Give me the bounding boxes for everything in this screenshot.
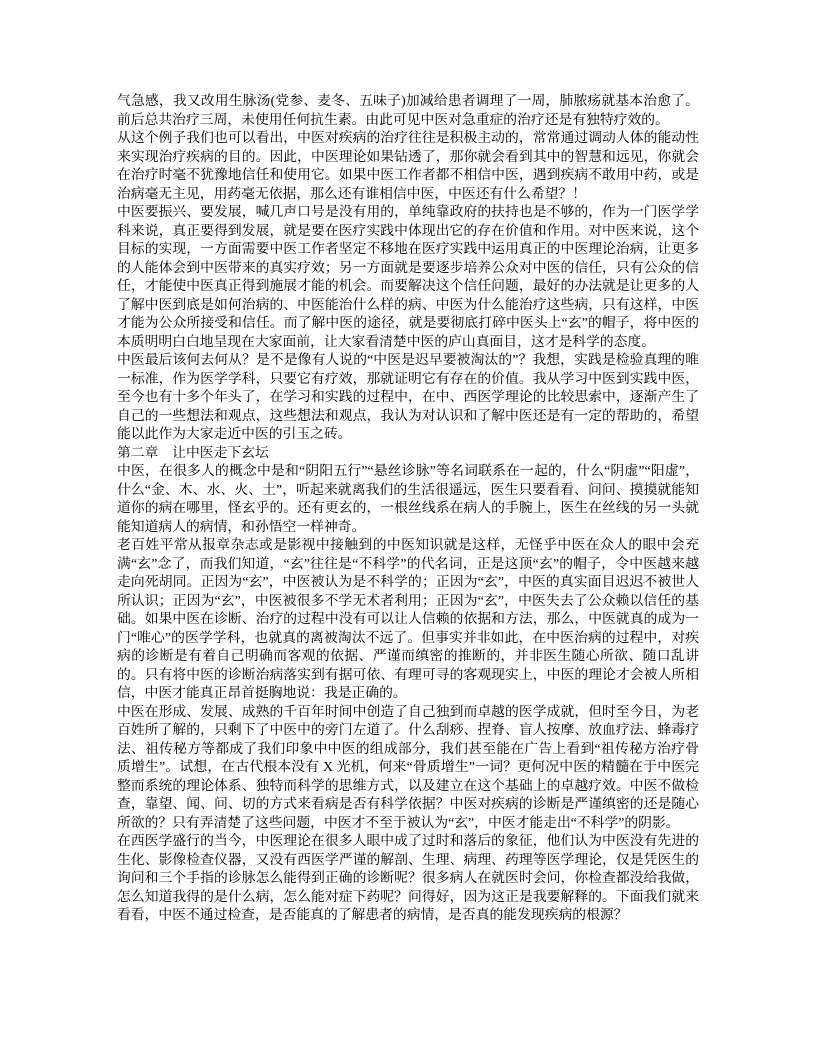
paragraph: 在西医学盛行的当今，中医理论在很多人眼中成了过时和落后的象征，他们认为中医没有先…: [117, 832, 699, 925]
paragraph: 气急感，我又改用生脉汤(党参、麦冬、五味子)加减给患者调理了一周，肺脓疡就基本治…: [117, 92, 699, 129]
paragraph: 中医要振兴、要发展，喊几声口号是没有用的，单纯靠政府的扶持也是不够的，作为一门医…: [117, 203, 699, 351]
chapter-heading: 第二章 让中医走下玄坛: [117, 444, 699, 463]
paragraph: 从这个例子我们也可以看出，中医对疾病的治疗往往是积极主动的，常常通过调动人体的能…: [117, 129, 699, 203]
document-page: 气急感，我又改用生脉汤(党参、麦冬、五味子)加减给患者调理了一周，肺脓疡就基本治…: [0, 0, 816, 1056]
paragraph: 老百姓平常从报章杂志或是影视中接触到的中医知识就是这样，无怪乎中医在众人的眼中会…: [117, 536, 699, 703]
paragraph: 中医，在很多人的概念中是和“阴阳五行”“悬丝诊脉”等名词联系在一起的，什么“阴虚…: [117, 462, 699, 536]
paragraph: 中医最后该何去何从？是不是像有人说的“中医是迟早要被淘汰的”？我想，实践是检验真…: [117, 351, 699, 444]
paragraph: 中医在形成、发展、成熟的千百年时间中创造了自己独到而卓越的医学成就，但时至今日，…: [117, 703, 699, 833]
text-body: 气急感，我又改用生脉汤(党参、麦冬、五味子)加减给患者调理了一周，肺脓疡就基本治…: [117, 92, 699, 925]
